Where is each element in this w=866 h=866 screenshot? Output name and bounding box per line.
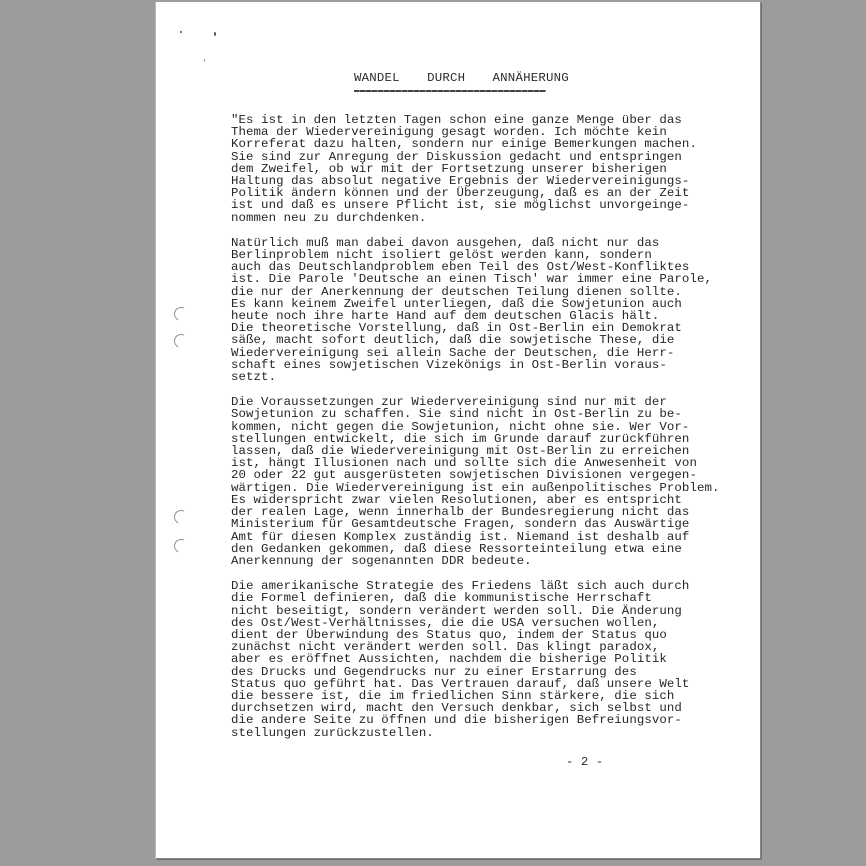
text-line: aber es eröffnet Aussichten, nachdem die… <box>231 653 751 665</box>
punch-hole-icon <box>172 332 190 350</box>
text-line: die nur der Anerkennung der deutschen Te… <box>231 286 751 298</box>
text-line: Ministerium für Gesamtdeutsche Fragen, s… <box>231 518 751 530</box>
scan-speck <box>180 31 182 33</box>
text-line: stellungen zurückzustellen. <box>231 727 751 739</box>
document-body: "Es ist in den letzten Tagen schon eine … <box>231 114 751 752</box>
text-line: säße, macht sofort deutlich, daß die sow… <box>231 334 751 346</box>
text-line: die Formel definieren, daß die kommunist… <box>231 592 751 604</box>
document-title: WANDEL DURCH ANNÄHERUNG <box>354 71 569 85</box>
paragraph: "Es ist in den letzten Tagen schon eine … <box>231 114 751 224</box>
text-line: Sowjetunion zu schaffen. Sie sind nicht … <box>231 408 751 420</box>
text-line: nommen neu zu durchdenken. <box>231 212 751 224</box>
text-line: des Drucks und Gegendrucks nur zu einer … <box>231 666 751 678</box>
punch-hole-icon <box>172 305 190 323</box>
paragraph: Die Voraussetzungen zur Wiedervereinigun… <box>231 396 751 567</box>
text-line: Anerkennung der sogenannten DDR bedeute. <box>231 555 751 567</box>
text-line: schaft eines sowjetischen Vizekönigs in … <box>231 359 751 371</box>
paragraph: Die amerikanische Strategie des Friedens… <box>231 580 751 739</box>
punch-hole-icon <box>172 508 190 526</box>
page-number: - 2 - <box>566 755 603 769</box>
text-line: ist. Die Parole 'Deutsche an einen Tisch… <box>231 273 751 285</box>
scan-speck <box>214 32 216 36</box>
punch-hole-icon <box>172 537 190 555</box>
text-line: ist und daß es unsere Pflicht ist, sie m… <box>231 199 751 211</box>
text-line: die andere Seite zu öffnen und die bishe… <box>231 714 751 726</box>
title-underline <box>354 90 546 92</box>
document-page: WANDEL DURCH ANNÄHERUNG "Es ist in den l… <box>156 2 761 859</box>
text-line: Korreferat dazu halten, sondern nur eini… <box>231 138 751 150</box>
text-line: nicht beseitigt, sondern verändert werde… <box>231 605 751 617</box>
text-line: setzt. <box>231 371 751 383</box>
text-line: Amt für diesen Komplex zuständig ist. Ni… <box>231 531 751 543</box>
document-viewer: WANDEL DURCH ANNÄHERUNG "Es ist in den l… <box>0 0 866 866</box>
text-line: Sie sind zur Anregung der Diskussion ged… <box>231 151 751 163</box>
text-line: 20 oder 22 gut ausgerüsteten sowjetische… <box>231 469 751 481</box>
scan-speck <box>204 59 205 62</box>
paragraph: Natürlich muß man dabei davon ausgehen, … <box>231 237 751 383</box>
